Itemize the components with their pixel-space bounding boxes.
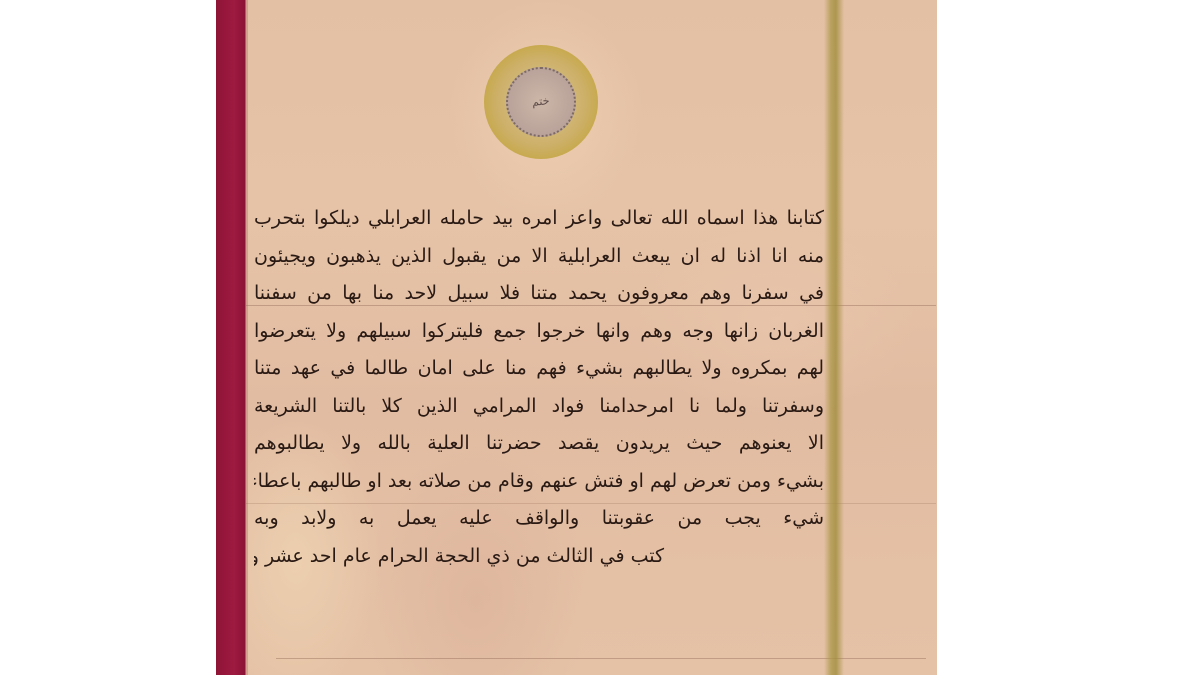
text-line: منه انا اذنا له ان يبعث العرابلية الا من… bbox=[254, 238, 824, 276]
seal-emblem-icon: ختم bbox=[506, 67, 576, 137]
text-line: بشيء ومن تعرض لهم او فتش عنهم وقام من صل… bbox=[254, 463, 824, 501]
text-line: الغربان زانها وجه وهم وانها خرجوا جمع فل… bbox=[254, 313, 824, 351]
text-line: لهم بمكروه ولا يطالبهم بشيء فهم منا على … bbox=[254, 350, 824, 388]
text-line-date: كتب في الثالث من ذي الحجة الحرام عام احد… bbox=[254, 538, 824, 576]
binding-strip bbox=[216, 0, 246, 675]
text-line: كتابنا هذا اسماه الله تعالى واعز امره بي… bbox=[254, 200, 824, 238]
wax-seal: ختم bbox=[484, 45, 598, 159]
seal-text: ختم bbox=[532, 95, 551, 109]
text-line: وسفرتنا ولما نا امرحدامنا فواد المرامي ا… bbox=[254, 388, 824, 426]
text-line: شيء يجب من عقوبتنا والواقف عليه يعمل به … bbox=[254, 500, 824, 538]
fold-band bbox=[824, 0, 844, 675]
text-line: في سفرنا وهم معروفون يحمد متنا فلا سبيل … bbox=[254, 275, 824, 313]
letter-body: كتابنا هذا اسماه الله تعالى واعز امره بي… bbox=[254, 200, 824, 575]
text-line: الا يعنوهم حيث يريدون يقصد حضرتنا العلية… bbox=[254, 425, 824, 463]
manuscript-page: ختم كتابنا هذا اسماه الله تعالى واعز امر… bbox=[216, 0, 937, 675]
